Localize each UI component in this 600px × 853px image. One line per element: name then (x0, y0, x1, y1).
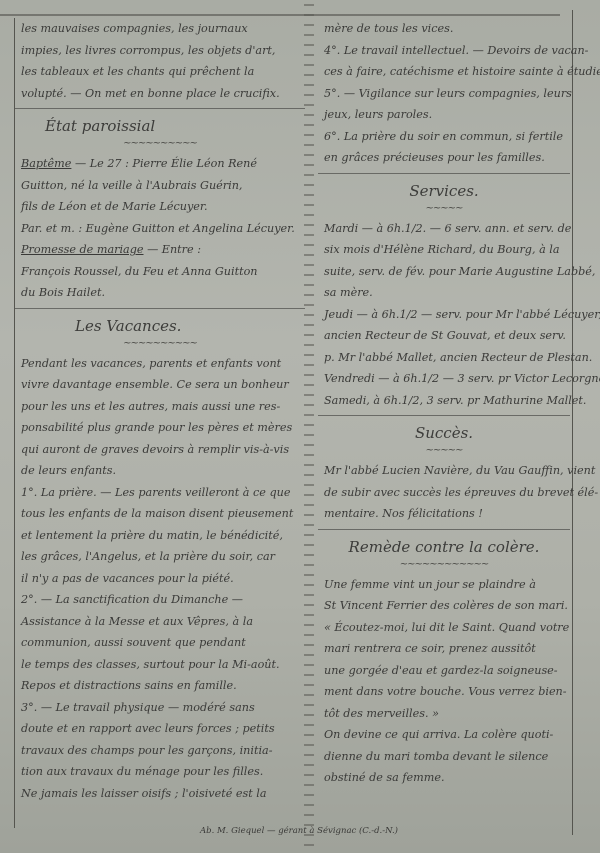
text-line: 5°. — Vigilance sur leurs compagnies, le… (318, 83, 570, 105)
text-line: tous les enfants de la maison disent pie… (15, 503, 305, 525)
text-line: Pendant les vacances, parents et enfants… (15, 353, 305, 375)
text-line: de leurs enfants. (15, 460, 305, 482)
text-line: mentaire. Nos félicitations ! (318, 503, 570, 525)
text-line: le temps des classes, surtout pour la Mi… (15, 654, 305, 676)
text-line: On devine ce qui arriva. La colère quoti… (318, 724, 570, 746)
text-line: 3°. — Le travail physique — modéré sans (15, 697, 305, 719)
text-line: travaux des champs pour les garçons, ini… (15, 740, 305, 762)
services-section: Services. ~~~~~ Mardi — à 6h.1/2. — 6 se… (318, 178, 570, 412)
text-line: sa mère. (318, 282, 570, 304)
vacances-section: Les Vacances. ~~~~~~~~~~ Pendant les vac… (15, 313, 305, 805)
text-line: pour les uns et les autres, mais aussi u… (15, 396, 305, 418)
section-divider (318, 173, 570, 174)
signature: Ab. M. Giequel — gérant à Sévignac (C.-d… (200, 826, 398, 836)
text-line: Jeudi — à 6h.1/2 — serv. pour Mr l'abbé … (318, 304, 570, 326)
text-line: vivre davantage ensemble. Ce sera un bon… (15, 374, 305, 396)
text-line: — Entre : (147, 243, 201, 256)
column-divider (304, 0, 314, 853)
text-line: et lentement la prière du matin, le béné… (15, 525, 305, 547)
text-line: une gorgée d'eau et gardez-la soigneuse- (318, 660, 570, 682)
squiggle-separator: ~~~~~~~~~~~~ (318, 560, 570, 574)
newsletter-page: les mauvaises compagnies, les journaux i… (0, 0, 600, 853)
text-line: communion, aussi souvent que pendant (15, 632, 305, 654)
text-line: Guitton, né la veille à l'Aubrais Guérin… (15, 175, 305, 197)
text-line: Mr l'abbé Lucien Navière, du Vau Gauffin… (318, 460, 570, 482)
top-rule (0, 14, 560, 16)
text-line: 6°. La prière du soir en commun, si fert… (318, 126, 570, 148)
text-line: ment dans votre bouche. Vous verrez bien… (318, 681, 570, 703)
text-line: en grâces précieuses pour les familles. (318, 147, 570, 169)
promesse-label: Promesse de mariage (21, 243, 144, 256)
right-column: mère de tous les vices. 4°. Le travail i… (318, 18, 570, 789)
text-line: suite, serv. de fév. pour Marie Augustin… (318, 261, 570, 283)
left-column: les mauvaises compagnies, les journaux i… (14, 18, 305, 828)
bapteme-label: Baptême (21, 157, 71, 170)
section-title: État paroissial (15, 113, 305, 139)
text-line: six mois d'Hélène Richard, du Bourg, à l… (318, 239, 570, 261)
text-line: qui auront de graves devoirs à remplir v… (15, 439, 305, 461)
text-line: ancien Recteur de St Gouvat, et deux ser… (318, 325, 570, 347)
text-line: p. Mr l'abbé Mallet, ancien Recteur de P… (318, 347, 570, 369)
text-line: « Écoutez-moi, lui dit le Saint. Quand v… (318, 617, 570, 639)
bapteme-line: Baptême — Le 27 : Pierre Élie Léon René (15, 153, 305, 175)
section-title: Services. (318, 178, 570, 204)
text-line: Ne jamais les laisser oisifs ; l'oisivet… (15, 783, 305, 805)
section-divider (318, 529, 570, 530)
text-line: 4°. Le travail intellectuel. — Devoirs d… (318, 40, 570, 62)
text-line: Samedi, à 6h.1/2, 3 serv. pr Mathurine M… (318, 390, 570, 412)
text-line: François Roussel, du Feu et Anna Guitton (15, 261, 305, 283)
text-line: Une femme vint un jour se plaindre à (318, 574, 570, 596)
text-line: Mardi — à 6h.1/2. — 6 serv. ann. et serv… (318, 218, 570, 240)
text-line: ces à faire, catéchisme et histoire sain… (318, 61, 570, 83)
text-line: fils de Léon et de Marie Lécuyer. (15, 196, 305, 218)
text-line: ponsabilité plus grande pour les pères e… (15, 417, 305, 439)
text-line: volupté. — On met en bonne place le cruc… (15, 83, 305, 105)
text-line: Par. et m. : Eugène Guitton et Angelina … (15, 218, 305, 240)
text-line: mère de tous les vices. (318, 18, 570, 40)
squiggle-separator: ~~~~~~~~~~ (15, 139, 305, 153)
text-line: Repos et distractions sains en famille. (15, 675, 305, 697)
text-line: les tableaux et les chants qui prêchent … (15, 61, 305, 83)
text-line: obstiné de sa femme. (318, 767, 570, 789)
section-title: Succès. (318, 420, 570, 446)
text-line: doute et en rapport avec leurs forces ; … (15, 718, 305, 740)
text-line: les grâces, l'Angelus, et la prière du s… (15, 546, 305, 568)
right-border (572, 10, 573, 835)
text-line: 1°. La prière. — Les parents veilleront … (15, 482, 305, 504)
continuation-text: mère de tous les vices. 4°. Le travail i… (318, 18, 570, 169)
text-line: de subir avec succès les épreuves du bre… (318, 482, 570, 504)
text-line: du Bois Hailet. (15, 282, 305, 304)
text-line: Vendredi — à 6h.1/2 — 3 serv. pr Victor … (318, 368, 570, 390)
etat-paroissial-section: État paroissial ~~~~~~~~~~ Baptême — Le … (15, 113, 305, 304)
text-line: dienne du mari tomba devant le silence (318, 746, 570, 768)
text-line: 2°. — La sanctification du Dimanche — (15, 589, 305, 611)
remede-section: Remède contre la colère. ~~~~~~~~~~~~ Un… (318, 534, 570, 789)
text-line: les mauvaises compagnies, les journaux (15, 18, 305, 40)
section-title: Les Vacances. (15, 313, 305, 339)
section-divider (318, 415, 570, 416)
section-title: Remède contre la colère. (318, 534, 570, 560)
squiggle-separator: ~~~~~ (318, 446, 570, 460)
text-line: tôt des merveilles. » (318, 703, 570, 725)
succes-section: Succès. ~~~~~ Mr l'abbé Lucien Navière, … (318, 420, 570, 525)
text-line: Assistance à la Messe et aux Vêpres, à l… (15, 611, 305, 633)
text-line: impies, les livres corrompus, les objets… (15, 40, 305, 62)
text-line: il n'y a pas de vacances pour la piété. (15, 568, 305, 590)
text-line: jeux, leurs paroles. (318, 104, 570, 126)
text-line: mari rentrera ce soir, prenez aussitôt (318, 638, 570, 660)
intro-text: les mauvaises compagnies, les journaux i… (15, 18, 305, 104)
section-divider (15, 308, 305, 309)
text-line: — Le 27 : Pierre Élie Léon René (75, 157, 257, 170)
text-line: tion aux travaux du ménage pour les fill… (15, 761, 305, 783)
squiggle-separator: ~~~~~ (318, 204, 570, 218)
text-line: St Vincent Ferrier des colères de son ma… (318, 595, 570, 617)
section-divider (15, 108, 305, 109)
promesse-line: Promesse de mariage — Entre : (15, 239, 305, 261)
squiggle-separator: ~~~~~~~~~~ (15, 339, 305, 353)
